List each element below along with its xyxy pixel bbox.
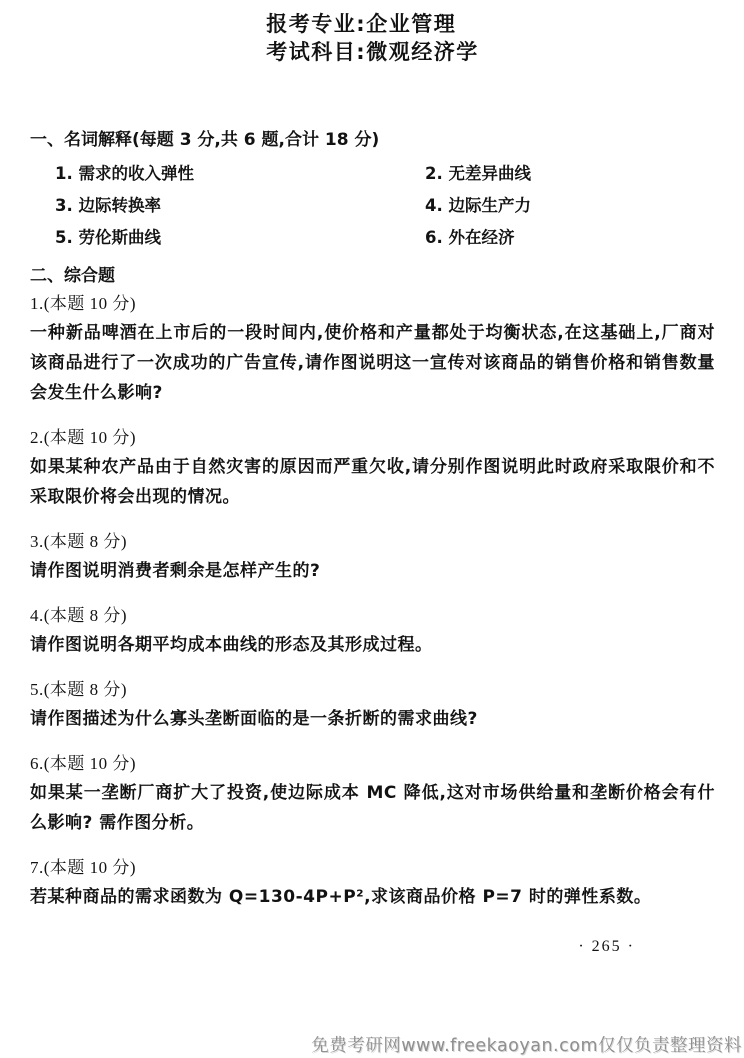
question-4-text: 请作图说明各期平均成本曲线的形态及其形成过程。 [30, 630, 715, 660]
exam-paper-page: 报考专业:企业管理 考试科目:微观经济学 一、名词解释(每题 3 分,共 6 题… [0, 0, 744, 1058]
question-2: 2.(本题 10 分) 如果某种农产品由于自然灾害的原因而严重欠收,请分别作图说… [30, 424, 715, 512]
question-3: 3.(本题 8 分) 请作图说明消费者剩余是怎样产生的? [30, 528, 715, 586]
page-content: 报考专业:企业管理 考试科目:微观经济学 一、名词解释(每题 3 分,共 6 题… [0, 0, 744, 956]
term-item-6: 6. 外在经济 [425, 222, 715, 254]
question-5-text: 请作图描述为什么寡头垄断面临的是一条折断的需求曲线? [30, 704, 715, 734]
footer-watermark: 免费考研网www.freekaoyan.com仅仅负责整理资料 [311, 1032, 742, 1057]
page-number: · 265 · [30, 938, 715, 956]
term-item-5: 5. 劳伦斯曲线 [55, 222, 425, 254]
major-title-line: 报考专业:企业管理 [266, 10, 478, 38]
exam-title-block: 报考专业:企业管理 考试科目:微观经济学 [30, 10, 715, 66]
subject-title-line: 考试科目:微观经济学 [266, 38, 478, 66]
question-5: 5.(本题 8 分) 请作图描述为什么寡头垄断面临的是一条折断的需求曲线? [30, 676, 715, 734]
term-item-1: 1. 需求的收入弹性 [55, 158, 425, 190]
term-item-3: 3. 边际转换率 [55, 190, 425, 222]
terms-list: 1. 需求的收入弹性 2. 无差异曲线 3. 边际转换率 4. 边际生产力 5.… [55, 158, 715, 254]
question-6: 6.(本题 10 分) 如果某一垄断厂商扩大了投资,使边际成本 MC 降低,这对… [30, 750, 715, 838]
question-2-points: 2.(本题 10 分) [30, 424, 715, 452]
question-3-points: 3.(本题 8 分) [30, 528, 715, 556]
question-1-points: 1.(本题 10 分) [30, 290, 715, 318]
question-4-points: 4.(本题 8 分) [30, 602, 715, 630]
question-7-text: 若某种商品的需求函数为 Q=130-4P+P²,求该商品价格 P=7 时的弹性系… [30, 882, 715, 912]
question-6-points: 6.(本题 10 分) [30, 750, 715, 778]
question-5-points: 5.(本题 8 分) [30, 676, 715, 704]
exam-title-inner: 报考专业:企业管理 考试科目:微观经济学 [266, 10, 478, 66]
question-2-text: 如果某种农产品由于自然灾害的原因而严重欠收,请分别作图说明此时政府采取限价和不采… [30, 452, 715, 512]
section2-heading: 二、综合题 [30, 264, 715, 288]
question-4: 4.(本题 8 分) 请作图说明各期平均成本曲线的形态及其形成过程。 [30, 602, 715, 660]
question-1: 1.(本题 10 分) 一种新品啤酒在上市后的一段时间内,使价格和产量都处于均衡… [30, 290, 715, 408]
question-1-text: 一种新品啤酒在上市后的一段时间内,使价格和产量都处于均衡状态,在这基础上,厂商对… [30, 318, 715, 408]
question-7-points: 7.(本题 10 分) [30, 854, 715, 882]
term-item-2: 2. 无差异曲线 [425, 158, 715, 190]
section1-heading: 一、名词解释(每题 3 分,共 6 题,合计 18 分) [30, 128, 715, 152]
question-6-text: 如果某一垄断厂商扩大了投资,使边际成本 MC 降低,这对市场供给量和垄断价格会有… [30, 778, 715, 838]
term-item-4: 4. 边际生产力 [425, 190, 715, 222]
question-3-text: 请作图说明消费者剩余是怎样产生的? [30, 556, 715, 586]
question-7: 7.(本题 10 分) 若某种商品的需求函数为 Q=130-4P+P²,求该商品… [30, 854, 715, 912]
